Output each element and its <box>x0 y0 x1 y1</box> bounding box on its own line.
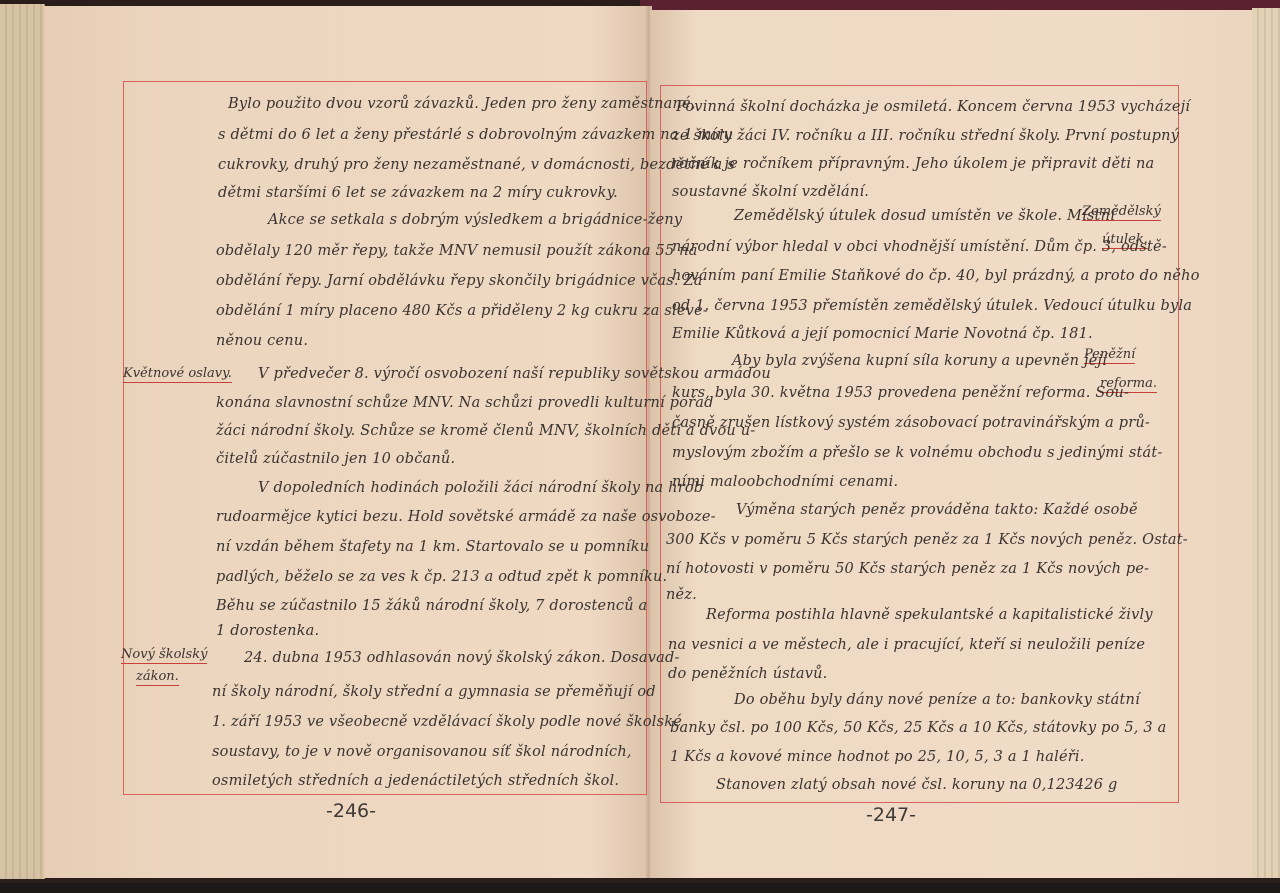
text-line: Výměna starých peněz prováděna takto: Ka… <box>736 502 1138 518</box>
text-line: cukrovky, druhý pro ženy nezaměstnané, v… <box>218 157 735 173</box>
text-line: Běhu se zúčastnilo 15 žáků národní školy… <box>216 598 647 614</box>
text-line: V předvečer 8. výročí osvobození naší re… <box>258 366 771 382</box>
margin-heading: zákon. <box>136 669 179 684</box>
text-line: něz. <box>666 587 697 603</box>
page-number: -247- <box>866 804 916 826</box>
text-line: rudoarmějce kytici bezu. Hold sovětské a… <box>216 509 716 525</box>
text-line: čitelů zúčastnilo jen 10 občanů. <box>216 451 455 467</box>
text-line: dětmi staršími 6 let se závazkem na 2 mí… <box>218 185 618 201</box>
text-line: Zemědělský útulek dosud umístěn ve škole… <box>734 208 1115 224</box>
text-line: Stanoven zlatý obsah nové čsl. koruny na… <box>716 777 1117 793</box>
text-line: na vesnici a ve městech, ale i pracující… <box>668 637 1145 653</box>
page-stack-right <box>1252 8 1280 878</box>
text-line: do peněžních ústavů. <box>668 666 827 682</box>
text-line: ními maloobchodními cenami. <box>672 474 898 490</box>
text-line: 1 dorostenka. <box>216 623 319 639</box>
text-line: 300 Kčs v poměru 5 Kčs starých peněz za … <box>666 532 1188 548</box>
text-line: obdělání řepy. Jarní obdělávku řepy skon… <box>216 273 703 289</box>
text-line: soustavné školní vzdělání. <box>672 184 869 200</box>
margin-heading: Květnové oslavy. <box>123 366 232 381</box>
text-line: V dopoledních hodinách položili žáci nár… <box>258 480 703 496</box>
text-line: 24. dubna 1953 odhlasován nový školský z… <box>244 650 680 666</box>
text-line: něnou cenu. <box>216 333 308 349</box>
text-line: obdělání 1 míry placeno 480 Kčs a přiděl… <box>216 303 708 319</box>
text-line: 1 Kčs a kovové mince hodnot po 25, 10, 5… <box>670 749 1085 765</box>
margin-heading: Nový školský <box>121 647 207 662</box>
text-line: myslovým zbožím a přešlo se k volnému ob… <box>672 445 1163 461</box>
text-line: Aby byla zvýšena kupní síla koruny a upe… <box>732 353 1107 369</box>
text-line: soustavy, to je v nově organisovanou síť… <box>212 744 632 760</box>
text-line: Bylo použito dvou vzorů závazků. Jeden p… <box>228 96 696 112</box>
text-line: hováním paní Emilie Staňkové do čp. 40, … <box>672 268 1200 284</box>
text-line: ní školy národní, školy střední a gymnas… <box>212 684 656 700</box>
text-line: Povinná školní docházka je osmiletá. Kon… <box>676 99 1190 115</box>
text-line: Akce se setkala s dobrým výsledkem a bri… <box>268 212 682 228</box>
open-book: Bylo použito dvou vzorů závazků. Jeden p… <box>0 0 1280 883</box>
text-line: osmiletých středních a jedenáctiletých s… <box>212 773 619 789</box>
book-cover-edge <box>640 0 1280 10</box>
text-line: Emilie Kůtková a její pomocnicí Marie No… <box>672 326 1093 342</box>
text-line: obdělaly 120 měr řepy, takže MNV nemusil… <box>216 243 698 259</box>
text-line: Do oběhu byly dány nové peníze a to: ban… <box>734 692 1140 708</box>
text-line: konána slavnostní schůze MNV. Na schůzi … <box>216 395 714 411</box>
text-line: banky čsl. po 100 Kčs, 50 Kčs, 25 Kčs a … <box>670 720 1166 736</box>
text-line: ze školy žáci IV. ročníku a III. ročníku… <box>672 128 1179 144</box>
text-line: 1. září 1953 ve všeobecně vzdělávací ško… <box>212 714 682 730</box>
text-line: ní hotovosti v poměru 50 Kčs starých pen… <box>666 561 1149 577</box>
text-line: Reforma postihla hlavně spekulantské a k… <box>706 607 1153 623</box>
text-line: kurs, byla 30. května 1953 provedena pen… <box>672 385 1129 401</box>
text-line: časně zrušen lístkový systém zásobovací … <box>672 415 1150 431</box>
text-line: národní výbor hledal v obci vhodnější um… <box>672 239 1167 255</box>
text-line: padlých, běželo se za ves k čp. 213 a od… <box>216 569 667 585</box>
text-line: s dětmi do 6 let a ženy přestárlé s dobr… <box>218 127 733 143</box>
page-stack-left <box>0 4 45 879</box>
text-line: ročník je ročníkem přípravným. Jeho úkol… <box>672 156 1154 172</box>
text-line: od 1. června 1953 přemístěn zemědělský ú… <box>672 298 1192 314</box>
text-line: ní vzdán během štafety na 1 km. Startova… <box>216 539 649 555</box>
page-number: -246- <box>326 800 376 822</box>
